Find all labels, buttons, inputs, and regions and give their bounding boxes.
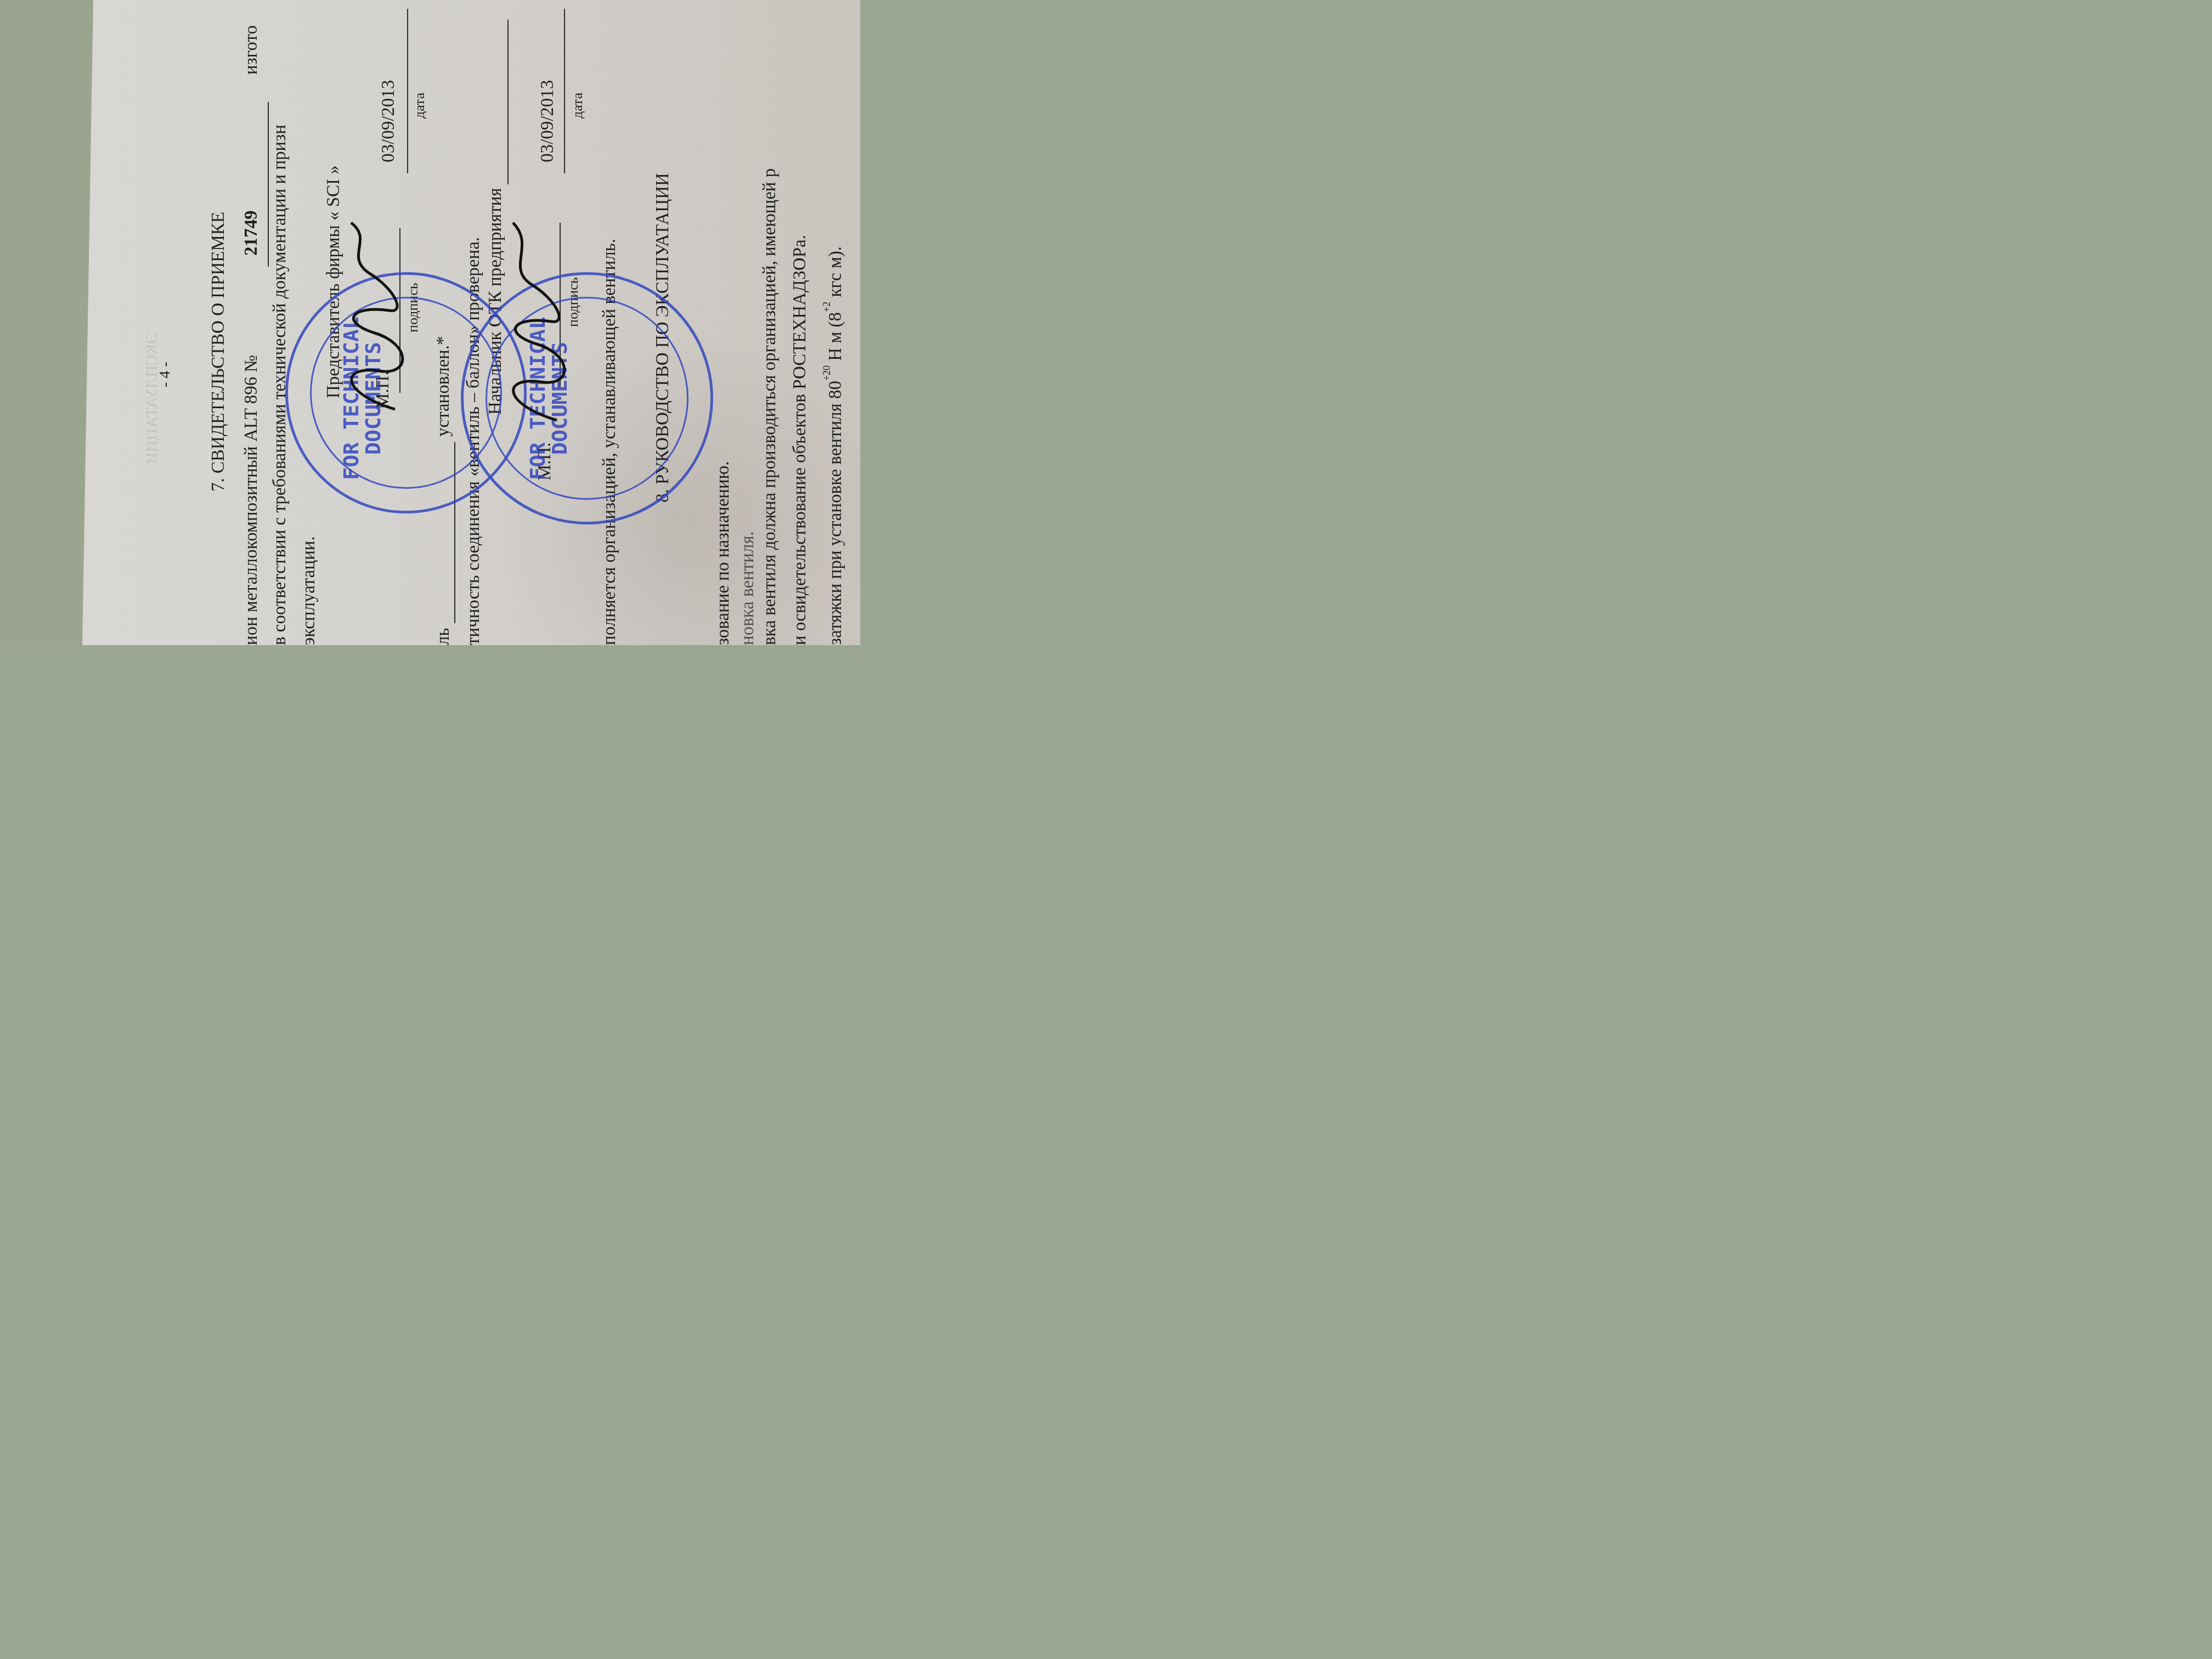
section8-line-1: зование по назначению. bbox=[713, 461, 733, 645]
serial-number: 21749 bbox=[241, 211, 262, 256]
signature-1 bbox=[329, 217, 417, 415]
otk-line bbox=[507, 20, 509, 184]
torque-line: затяжки при установке вентиля 80+20 Н м … bbox=[826, 246, 846, 645]
date-line-2 bbox=[564, 9, 565, 173]
date-1: 03/09/2013 bbox=[379, 80, 399, 162]
rotated-document-content: ЭКСПЛУАТАЦИИ - 4 - 7. СВИДЕТЕЛЬСТВО О ПР… bbox=[0, 0, 860, 645]
date-line-1 bbox=[407, 9, 408, 173]
operation-line: эксплуатации. bbox=[299, 536, 319, 645]
torque-text: затяжки при установке вентиля 80 bbox=[826, 381, 845, 645]
section7-heading: 7. СВИДЕТЕЛЬСТВО О ПРИЕМКЕ bbox=[208, 212, 229, 492]
installed-prefix: ль bbox=[433, 628, 454, 645]
serial-underline bbox=[268, 102, 269, 267]
product-line-prefix: ион металлокомпозитный ALT 896 № bbox=[241, 355, 261, 645]
section8-line-2: новка вентиля. bbox=[738, 531, 758, 645]
date-caption-1: дата bbox=[411, 93, 428, 119]
product-line: ион металлокомпозитный ALT 896 № bbox=[241, 355, 262, 645]
date-2: 03/09/2013 bbox=[538, 80, 558, 162]
torque-kgf-tolerance: +2 bbox=[821, 302, 832, 312]
section8-line-4: и освидетельствование объектов РОСТЕХНАД… bbox=[790, 235, 810, 645]
date-caption-2: дата bbox=[569, 93, 586, 119]
ghost-bleedthrough-text: ЭКСПЛУАТАЦИИ bbox=[143, 333, 161, 464]
section8-line-3: вка вентиля должна производиться организ… bbox=[760, 168, 780, 645]
torque-unit: Н м (8 bbox=[826, 312, 845, 361]
product-line-suffix: изгото bbox=[241, 25, 262, 75]
signature-2 bbox=[491, 217, 579, 426]
page-number: - 4 - bbox=[156, 362, 174, 387]
torque-kgf-unit: кгс м). bbox=[826, 246, 845, 297]
torque-tolerance: +20 bbox=[821, 365, 832, 381]
